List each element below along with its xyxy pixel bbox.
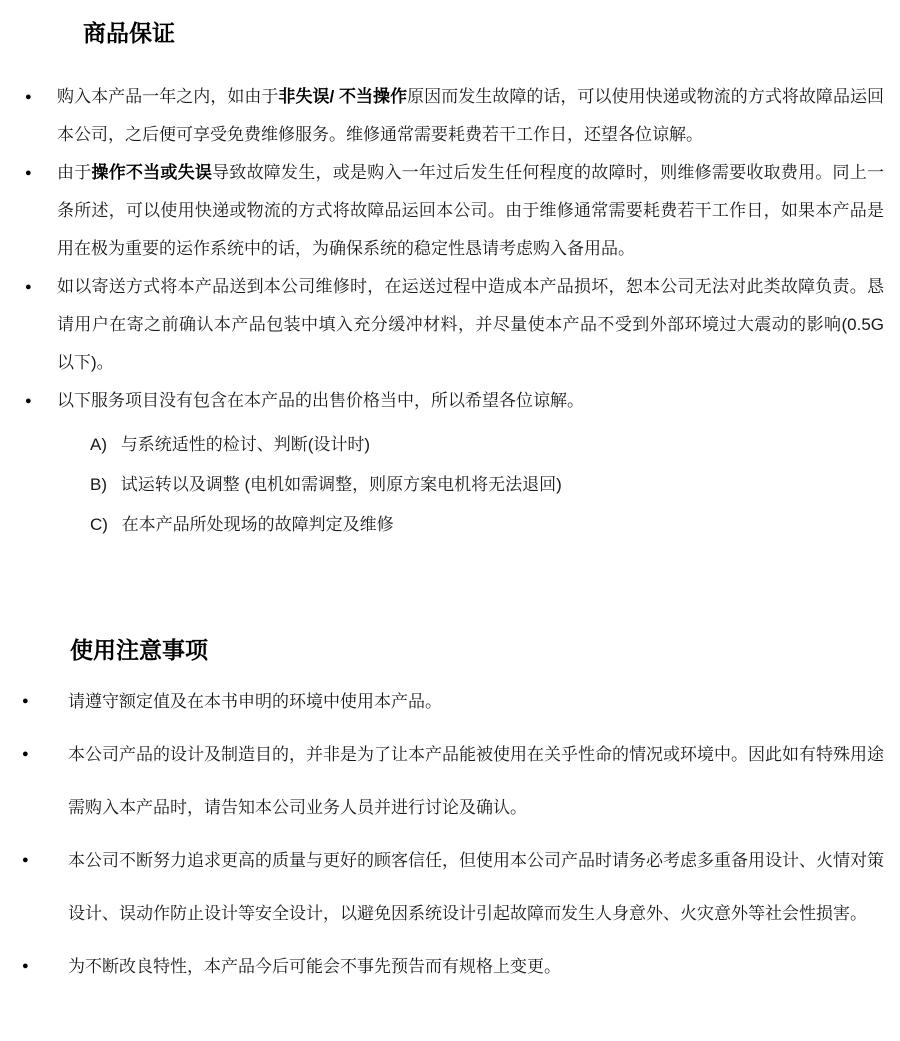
bullet-item: ● 以下服务项目没有包含在本产品的出售价格当中，所以希望各位谅解。 A) 与系统… <box>0 382 900 545</box>
document-page: 商品保证 ● 购入本产品一年之内，如由于非失误/ 不当操作原因而发生故障的话，可… <box>0 0 900 1041</box>
sub-list-item: B) 试运转以及调整 (电机如需调整，则原方案电机将无法退回) <box>57 465 884 505</box>
sub-list-item: A) 与系统适性的检讨、判断(设计时) <box>57 425 884 465</box>
bullet-marker-icon: ● <box>22 834 29 887</box>
bullet-text: 本公司产品的设计及制造目的，并非是为了让本产品能被使用在关乎性命的情况或环境中。… <box>68 745 884 817</box>
bullet-item: ● 本公司产品的设计及制造目的，并非是为了让本产品能被使用在关乎性命的情况或环境… <box>0 728 900 834</box>
bullet-item: ● 如以寄送方式将本产品送到本公司维修时，在运送过程中造成本产品损坏，恕本公司无… <box>0 268 900 382</box>
section-title: 使用注意事项 <box>70 635 900 665</box>
section-usage-precautions: 使用注意事项 ● 请遵守额定值及在本书申明的环境中使用本产品。 ● 本公司产品的… <box>0 635 900 993</box>
bullet-marker-icon: ● <box>25 382 32 420</box>
bullet-item: ● 购入本产品一年之内，如由于非失误/ 不当操作原因而发生故障的话，可以使用快递… <box>0 78 900 154</box>
bullet-text: 为不断改良特性，本产品今后可能会不事先预告而有规格上变更。 <box>68 957 561 976</box>
bullet-list: ● 请遵守额定值及在本书申明的环境中使用本产品。 ● 本公司产品的设计及制造目的… <box>0 675 900 993</box>
bullet-text-segment: 本公司产品的设计及制造目的，并非是为了让本产品能被使用在关乎性命的情况或环境中。… <box>68 745 884 817</box>
bullet-text-segment: 操作不当或失误 <box>91 163 212 182</box>
bullet-text: 由于操作不当或失误导致故障发生，或是购入一年过后发生任何程度的故障时，则维修需要… <box>57 163 884 258</box>
section-product-guarantee: 商品保证 ● 购入本产品一年之内，如由于非失误/ 不当操作原因而发生故障的话，可… <box>0 18 900 545</box>
bullet-item: ● 为不断改良特性，本产品今后可能会不事先预告而有规格上变更。 <box>0 940 900 993</box>
sub-item-text: 在本产品所处现场的故障判定及维修 <box>122 515 394 534</box>
sub-item-label: C) <box>90 505 108 545</box>
bullet-marker-icon: ● <box>22 728 29 781</box>
bullet-item: ● 本公司不断努力追求更高的质量与更好的顾客信任，但使用本公司产品时请务必考虑多… <box>0 834 900 940</box>
bullet-text: 购入本产品一年之内，如由于非失误/ 不当操作原因而发生故障的话，可以使用快递或物… <box>57 87 884 144</box>
sub-item-list: A) 与系统适性的检讨、判断(设计时) B) 试运转以及调整 (电机如需调整，则… <box>57 425 884 545</box>
bullet-text: 本公司不断努力追求更高的质量与更好的顾客信任，但使用本公司产品时请务必考虑多重备… <box>68 851 884 923</box>
bullet-text: 请遵守额定值及在本书申明的环境中使用本产品。 <box>68 692 442 711</box>
bullet-marker-icon: ● <box>25 268 32 306</box>
sub-list-item: C) 在本产品所处现场的故障判定及维修 <box>57 505 884 545</box>
bullet-text: 如以寄送方式将本产品送到本公司维修时，在运送过程中造成本产品损坏，恕本公司无法对… <box>57 277 884 372</box>
bullet-marker-icon: ● <box>25 78 32 116</box>
bullet-text-segment: 以下服务项目没有包含在本产品的出售价格当中，所以希望各位谅解。 <box>57 391 584 410</box>
bullet-text-segment: 本公司不断努力追求更高的质量与更好的顾客信任，但使用本公司产品时请务必考虑多重备… <box>68 851 884 923</box>
bullet-text-segment: 请遵守额定值及在本书申明的环境中使用本产品。 <box>68 692 442 711</box>
bullet-marker-icon: ● <box>22 940 29 993</box>
bullet-text-segment: 购入本产品一年之内，如由于 <box>57 87 278 106</box>
bullet-marker-icon: ● <box>22 675 29 728</box>
section-title: 商品保证 <box>83 18 900 48</box>
bullet-text-segment: 如以寄送方式将本产品送到本公司维修时，在运送过程中造成本产品损坏，恕本公司无法对… <box>57 277 884 372</box>
sub-item-text: 试运转以及调整 (电机如需调整，则原方案电机将无法退回) <box>121 475 562 494</box>
bullet-text-segment: 由于 <box>57 163 91 182</box>
bullet-marker-icon: ● <box>25 154 32 192</box>
bullet-item: ● 由于操作不当或失误导致故障发生，或是购入一年过后发生任何程度的故障时，则维修… <box>0 154 900 268</box>
bullet-text: 以下服务项目没有包含在本产品的出售价格当中，所以希望各位谅解。 <box>57 391 584 410</box>
sub-item-text: 与系统适性的检讨、判断(设计时) <box>121 435 370 454</box>
bullet-text-segment: 为不断改良特性，本产品今后可能会不事先预告而有规格上变更。 <box>68 957 561 976</box>
bullet-text-segment: 非失误/ 不当操作 <box>278 87 407 106</box>
bullet-item: ● 请遵守额定值及在本书申明的环境中使用本产品。 <box>0 675 900 728</box>
sub-item-label: B) <box>90 465 107 505</box>
bullet-list: ● 购入本产品一年之内，如由于非失误/ 不当操作原因而发生故障的话，可以使用快递… <box>0 78 900 545</box>
sub-item-label: A) <box>90 425 107 465</box>
